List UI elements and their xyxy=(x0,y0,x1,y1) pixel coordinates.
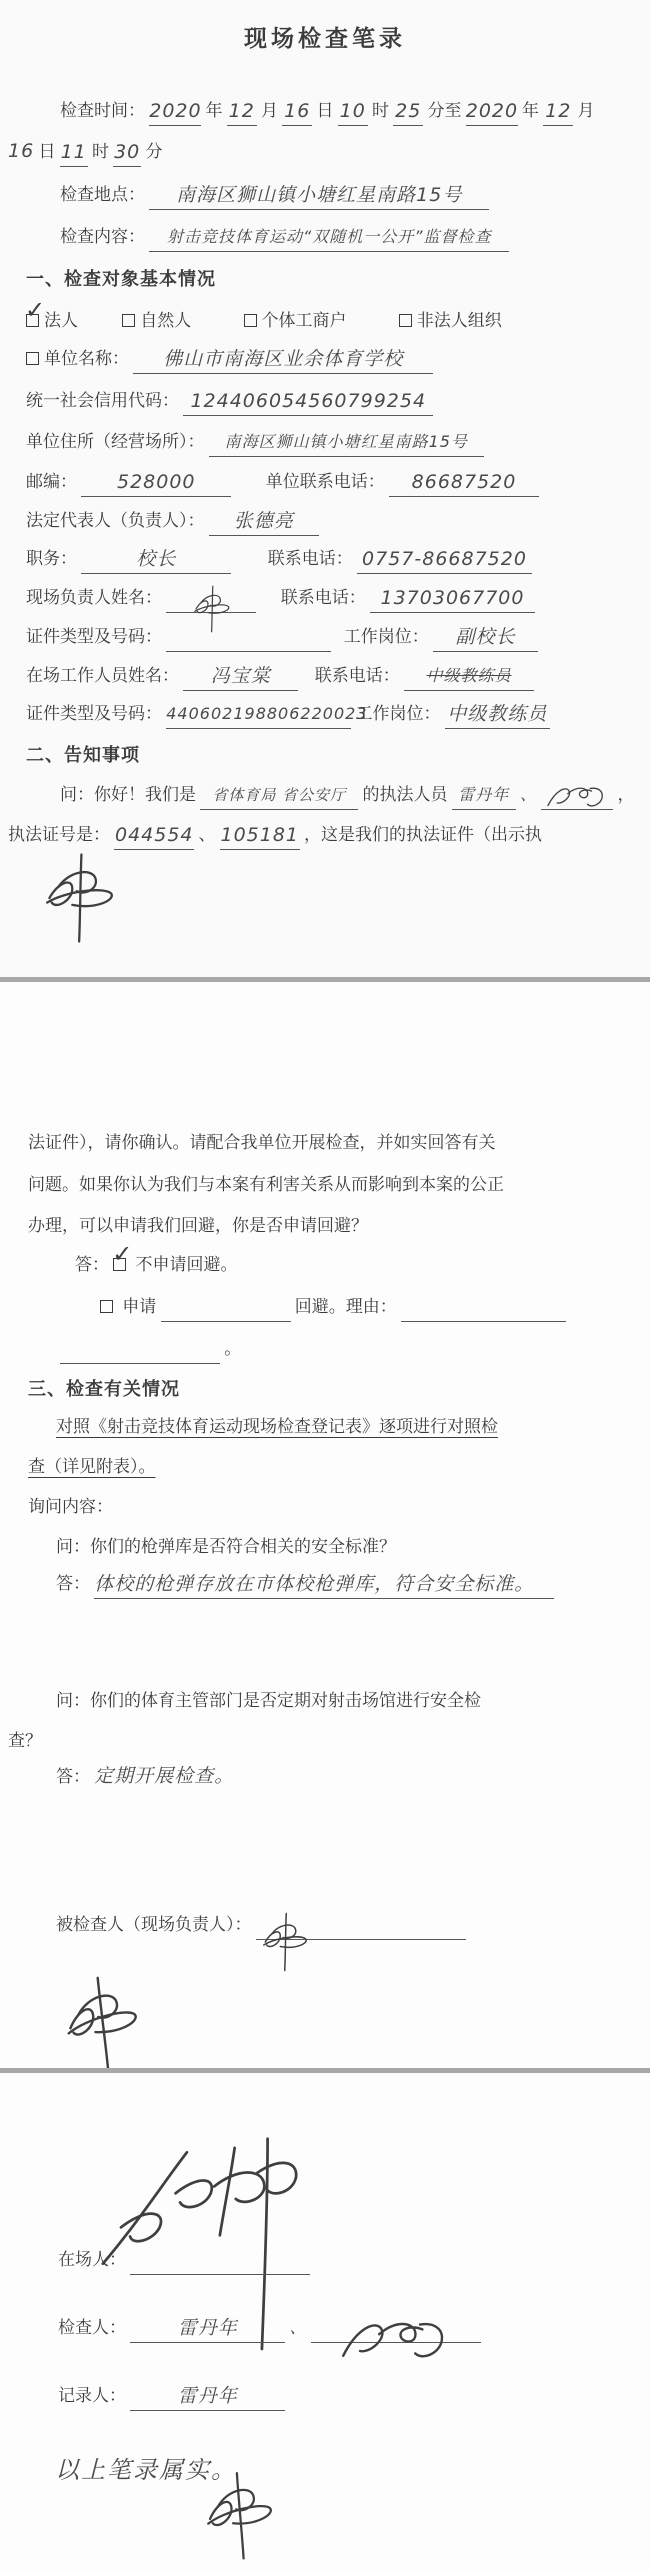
time-start-day: 16 xyxy=(284,100,310,122)
recorder-value: 雷丹年 xyxy=(178,2385,238,2407)
check-icon: ✓ xyxy=(25,298,45,322)
cert-no1-value: 044554 xyxy=(115,824,194,846)
inspected-person-row: 被检查人（现场负责人）： xyxy=(56,1910,466,1940)
time-end-month-blank: 12 xyxy=(543,98,573,126)
cert2-blank: 440602198806220023 xyxy=(166,701,351,729)
inspector1-value: 雷丹年 xyxy=(178,2317,238,2339)
legal-rep-blank: 张德亮 xyxy=(209,508,319,536)
entity-type-row: ✓法人 自然人 个体工商户 非法人组织 xyxy=(26,306,502,336)
entity-type-natural-person: 自然人 xyxy=(122,306,191,336)
location-label: 检查地点： xyxy=(60,185,145,204)
location-value: 南海区狮山镇小塘红星南路15号 xyxy=(176,184,462,206)
agency-value: 省体育局 省公安厅 xyxy=(212,786,346,804)
checkbox-natural-person xyxy=(122,314,135,327)
present-label: 在场人： xyxy=(58,2250,126,2269)
job1-label: 工作岗位： xyxy=(344,627,429,646)
present-signature-blank xyxy=(130,2247,310,2275)
unit-day-1: 日 xyxy=(317,101,334,120)
field-inspection-content: 检查内容： 射击竞技体育运动“双随机一公开”监督检查 xyxy=(60,222,509,252)
unit-name-value: 佛山市南海区业余体育学校 xyxy=(163,348,403,370)
cert1-blank xyxy=(166,624,331,652)
time-start-minute: 25 xyxy=(395,100,421,122)
unit-phone-value: 86687520 xyxy=(412,471,517,493)
job2-label: 工作岗位： xyxy=(356,704,441,723)
document-title: 现场检查笔录 xyxy=(0,24,650,54)
answer2-value: 定期开展检查。 xyxy=(94,1765,234,1787)
unit-month-1: 月 xyxy=(261,101,278,120)
postcode-blank: 528000 xyxy=(81,469,231,497)
field-duty-phone: 职务： 校长 联系电话： 0757-86687520 xyxy=(26,544,532,574)
cert-no2-blank: 105181 xyxy=(220,822,300,850)
field-site-manager: 现场负责人姓名： 联系电话： 13703067700 xyxy=(26,583,535,613)
cert-no2-value: 105181 xyxy=(220,824,299,846)
apply-blank xyxy=(161,1294,291,1322)
cert-line-suffix: ，这是我们的执法证件（出示执 xyxy=(304,825,542,844)
inspector2-blank xyxy=(311,2315,481,2343)
inspected-signature-blank xyxy=(256,1912,466,1940)
staff-label: 在场工作人员姓名： xyxy=(26,666,179,685)
time-start-month-blank: 12 xyxy=(227,98,257,126)
time-start-year: 2020 xyxy=(149,100,201,122)
time-end-month: 12 xyxy=(545,100,571,122)
check-icon: ✓ xyxy=(112,1242,132,1266)
staff-value: 冯宝棠 xyxy=(211,665,271,687)
reason-cont-row: 。 xyxy=(60,1334,241,1364)
postcode-label: 邮编： xyxy=(26,472,77,491)
time-start-year-blank: 2020 xyxy=(149,98,201,126)
unit-address-label: 单位住所（经营场所）： xyxy=(26,432,205,451)
duty-label: 职务： xyxy=(26,549,77,568)
recorder-blank: 雷丹年 xyxy=(130,2383,285,2411)
signature-page2-bottom xyxy=(51,1969,149,2068)
entity-type-label: 自然人 xyxy=(140,311,191,330)
site-manager-blank xyxy=(166,585,256,613)
notice-line-1: 问：你好！我们是 省体育局 省公安厅 的执法人员 雷丹年 、 ， xyxy=(60,780,635,810)
content-label: 检查内容： xyxy=(60,227,145,246)
field-cert1-job: 证件类型及号码： 工作岗位： 副校长 xyxy=(26,622,538,652)
inspector-label: 检查人： xyxy=(58,2318,126,2337)
entity-type-label: 非法人组织 xyxy=(417,311,502,330)
unit-phone-label: 单位联系电话： xyxy=(266,472,385,491)
time-end-year: 2020 xyxy=(466,100,518,122)
time-end-minute-blank: 30 xyxy=(113,139,141,167)
field-credit-code: 统一社会信用代码： 124406054560799254 xyxy=(26,386,433,416)
phone2-blank: 13703067700 xyxy=(370,585,535,613)
checkbox-legal-person-checked: ✓ xyxy=(26,314,39,327)
dunhao-3: 、 xyxy=(290,2318,307,2337)
answer-2: 答： 定期开展检查。 xyxy=(56,1761,234,1792)
checkbox-non-legal-org xyxy=(399,314,412,327)
unit-minute-to: 分至 xyxy=(428,101,462,120)
unit-hour-1: 时 xyxy=(372,101,389,120)
phone1-label: 联系电话： xyxy=(268,549,353,568)
scanned-inspection-record: 现场检查笔录 检查时间： 2020 年 12 月 16 日 10 时 25 分至… xyxy=(0,0,650,2570)
job1-value: 副校长 xyxy=(455,626,515,648)
duty-blank: 校长 xyxy=(81,546,231,574)
unit-name-blank: 佛山市南海区业余体育学校 xyxy=(133,346,433,374)
page-1: 现场检查笔录 检查时间： 2020 年 12 月 16 日 10 时 25 分至… xyxy=(0,0,650,977)
reason-blank-2 xyxy=(60,1336,220,1364)
time-start-minute-blank: 25 xyxy=(393,98,423,126)
cert2-value: 440602198806220023 xyxy=(166,704,367,723)
signature-page1-bottom xyxy=(38,848,118,948)
cert2-label: 证件类型及号码： xyxy=(26,704,162,723)
inspected-label: 被检查人（现场负责人）： xyxy=(56,1915,252,1934)
unit-address-blank: 南海区狮山镇小塘红星南路15号 xyxy=(209,429,484,457)
checkbox-individual-business xyxy=(244,314,257,327)
dunhao-2: 、 xyxy=(199,825,216,844)
field-inspection-time-cont: 16 日 11 时 30 分 xyxy=(8,136,162,167)
checkbox-no-recusal-checked: ✓ xyxy=(113,1258,126,1271)
entity-type-legal-person: ✓法人 xyxy=(26,306,78,336)
unit-day-2: 日 xyxy=(38,142,55,161)
recusal-answer: 答： ✓ 不申请回避。 xyxy=(75,1250,238,1280)
cert1-label: 证件类型及号码： xyxy=(26,627,162,646)
content-blank: 射击竞技体育运动“双随机一公开”监督检查 xyxy=(149,224,509,252)
page-2: 法证件），请你确认。请配合我单位开展检查，并如实回答有关 问题。如果你认为我们与… xyxy=(0,982,650,2068)
entity-type-label: 个体工商户 xyxy=(262,311,347,330)
period: 。 xyxy=(224,1339,241,1358)
time-end-year-blank: 2020 xyxy=(466,98,518,126)
notice-line-2: 执法证号是： 044554 、 105181 ，这是我们的执法证件（出示执 xyxy=(8,820,542,850)
notice-cont-1: 法证件），请你确认。请配合我单位开展检查，并如实回答有关 xyxy=(28,1128,496,1158)
phone2-label: 联系电话： xyxy=(281,588,366,607)
job2-value: 中级教练员 xyxy=(447,703,547,725)
reference-line-1: 对照《射击竞技体育运动现场检查登记表》逐项进行对照检 xyxy=(56,1412,498,1442)
unit-year-2: 年 xyxy=(522,101,539,120)
duty-value: 校长 xyxy=(136,548,176,570)
answer-label: 答： xyxy=(75,1255,109,1274)
recorder-row: 记录人： 雷丹年 xyxy=(58,2381,285,2411)
postcode-value: 528000 xyxy=(117,471,196,493)
entity-type-individual-business: 个体工商户 xyxy=(244,306,347,336)
credit-code-value: 124406054560799254 xyxy=(190,390,426,412)
job1-blank: 副校长 xyxy=(433,624,538,652)
inspection-time-label: 检查时间： xyxy=(60,101,145,120)
agency-blank: 省体育局 省公安厅 xyxy=(200,782,358,810)
dunhao: 、 xyxy=(520,785,537,804)
field-staff: 在场工作人员姓名： 冯宝棠 联系电话： 中级教练员 xyxy=(26,661,534,691)
apply-label: 申请 xyxy=(122,1297,156,1316)
phone1-blank: 0757-86687520 xyxy=(357,546,532,574)
answer1-blank: 体校的枪弹存放在市体校枪弹库，符合安全标准。 xyxy=(94,1571,554,1599)
legal-rep-value: 张德亮 xyxy=(234,510,294,532)
field-unit-address: 单位住所（经营场所）： 南海区狮山镇小塘红星南路15号 xyxy=(26,427,484,457)
notice-prefix: 问：你好！我们是 xyxy=(60,785,196,804)
signature-inspected-person xyxy=(256,1912,312,1972)
unit-month-2: 月 xyxy=(578,101,595,120)
credit-code-blank: 124406054560799254 xyxy=(183,388,433,416)
time-end-day: 16 xyxy=(8,140,34,162)
answer2-label: 答： xyxy=(56,1767,90,1786)
officer2-blank xyxy=(541,782,613,810)
job2-blank: 中级教练员 xyxy=(445,701,550,729)
legal-rep-label: 法定代表人（负责人）： xyxy=(26,511,205,530)
inspector1-blank: 雷丹年 xyxy=(130,2315,285,2343)
section2-heading: 二、告知事项 xyxy=(26,740,140,770)
comma: ， xyxy=(618,785,635,804)
notice-cont-3: 办理，可以申请我们回避，你是否申请回避？ xyxy=(28,1211,368,1241)
staff-blank: 冯宝棠 xyxy=(183,663,298,691)
inspector-row: 检查人： 雷丹年 、 xyxy=(58,2313,481,2343)
checkbox-unit-name xyxy=(26,352,39,365)
present-person-row: 在场人： xyxy=(58,2245,310,2275)
unit-address-value: 南海区狮山镇小塘红星南路15号 xyxy=(225,432,468,451)
phone1-value: 0757-86687520 xyxy=(362,548,527,570)
field-unit-name: 单位名称： 佛山市南海区业余体育学校 xyxy=(26,344,433,374)
location-blank: 南海区狮山镇小塘红星南路15号 xyxy=(149,182,489,210)
question-1: 问：你们的枪弹库是否符合相关的安全标准？ xyxy=(56,1532,396,1562)
entity-type-label: 法人 xyxy=(44,311,78,330)
phone3-struck-value: 中级教练员 xyxy=(426,666,511,685)
recusal-label: 回避。理由： xyxy=(295,1297,397,1316)
field-inspection-location: 检查地点： 南海区狮山镇小塘红星南路15号 xyxy=(60,180,489,210)
time-start-hour-blank: 10 xyxy=(338,98,368,126)
time-end-hour: 11 xyxy=(61,141,87,163)
officer1-blank: 雷丹年 xyxy=(452,782,516,810)
page-3: 在场人： 检查人： 雷丹年 、 记录人： 雷丹年 以上笔录属实。 xyxy=(0,2073,650,2570)
no-recusal-label: 不申请回避。 xyxy=(136,1255,238,1274)
unit-year-1: 年 xyxy=(206,101,223,120)
unit-minute-2: 分 xyxy=(145,142,162,161)
officer1-value: 雷丹年 xyxy=(458,785,509,804)
unit-hour-2: 时 xyxy=(92,142,109,161)
time-end-hour-blank: 11 xyxy=(60,139,88,167)
answer1-label: 答： xyxy=(56,1574,90,1593)
notice-cont-2: 问题。如果你认为我们与本案有利害关系从而影响到本案的公正 xyxy=(28,1170,504,1200)
section1-heading: 一、检查对象基本情况 xyxy=(26,264,216,294)
entity-type-non-legal-org: 非法人组织 xyxy=(399,306,502,336)
recusal-apply-row: 申请 回避。理由： xyxy=(100,1292,566,1322)
cert-line-prefix: 执法证号是： xyxy=(8,825,110,844)
section3-heading: 三、检查有关情况 xyxy=(28,1374,180,1404)
reason-blank xyxy=(401,1294,566,1322)
signature-page3-bottom xyxy=(194,2467,283,2565)
phone3-blank: 中级教练员 xyxy=(404,663,534,691)
notice-mid: 的执法人员 xyxy=(363,785,448,804)
checkbox-apply-recusal xyxy=(100,1300,113,1313)
signature-officer2 xyxy=(544,782,610,814)
time-start-hour: 10 xyxy=(340,100,366,122)
time-start-month: 12 xyxy=(229,100,255,122)
answer-1: 答： 体校的枪弹存放在市体校枪弹库，符合安全标准。 xyxy=(56,1569,554,1599)
question-2-line1: 问：你们的体育主管部门是否定期对射击场馆进行安全检 xyxy=(56,1686,481,1716)
field-postcode-phone: 邮编： 528000 单位联系电话： 86687520 xyxy=(26,467,539,497)
unit-phone-blank: 86687520 xyxy=(389,469,539,497)
phone2-value: 13703067700 xyxy=(381,587,525,609)
cert-no1-blank: 044554 xyxy=(114,822,194,850)
time-end-minute: 30 xyxy=(114,141,140,163)
signature-inspector2 xyxy=(336,2315,456,2369)
unit-name-label: 单位名称： xyxy=(44,349,129,368)
phone3-label: 联系电话： xyxy=(315,666,400,685)
content-value: 射击竞技体育运动“双随机一公开”监督检查 xyxy=(167,227,492,246)
answer1-value: 体校的枪弹存放在市体校枪弹库，符合安全标准。 xyxy=(94,1573,534,1595)
credit-code-label: 统一社会信用代码： xyxy=(26,391,179,410)
time-start-day-blank: 16 xyxy=(282,98,312,126)
recorder-label: 记录人： xyxy=(58,2386,126,2405)
field-legal-representative: 法定代表人（负责人）： 张德亮 xyxy=(26,506,319,536)
reference-line-2: 查（详见附表）。 xyxy=(28,1452,156,1482)
inquiry-label: 询问内容： xyxy=(28,1492,113,1522)
question-2-line2: 查？ xyxy=(8,1726,42,1756)
site-manager-label: 现场负责人姓名： xyxy=(26,588,162,607)
field-cert2-job: 证件类型及号码： 440602198806220023 工作岗位： 中级教练员 xyxy=(26,699,550,729)
field-inspection-time: 检查时间： 2020 年 12 月 16 日 10 时 25 分至 2020 年… xyxy=(60,96,595,126)
